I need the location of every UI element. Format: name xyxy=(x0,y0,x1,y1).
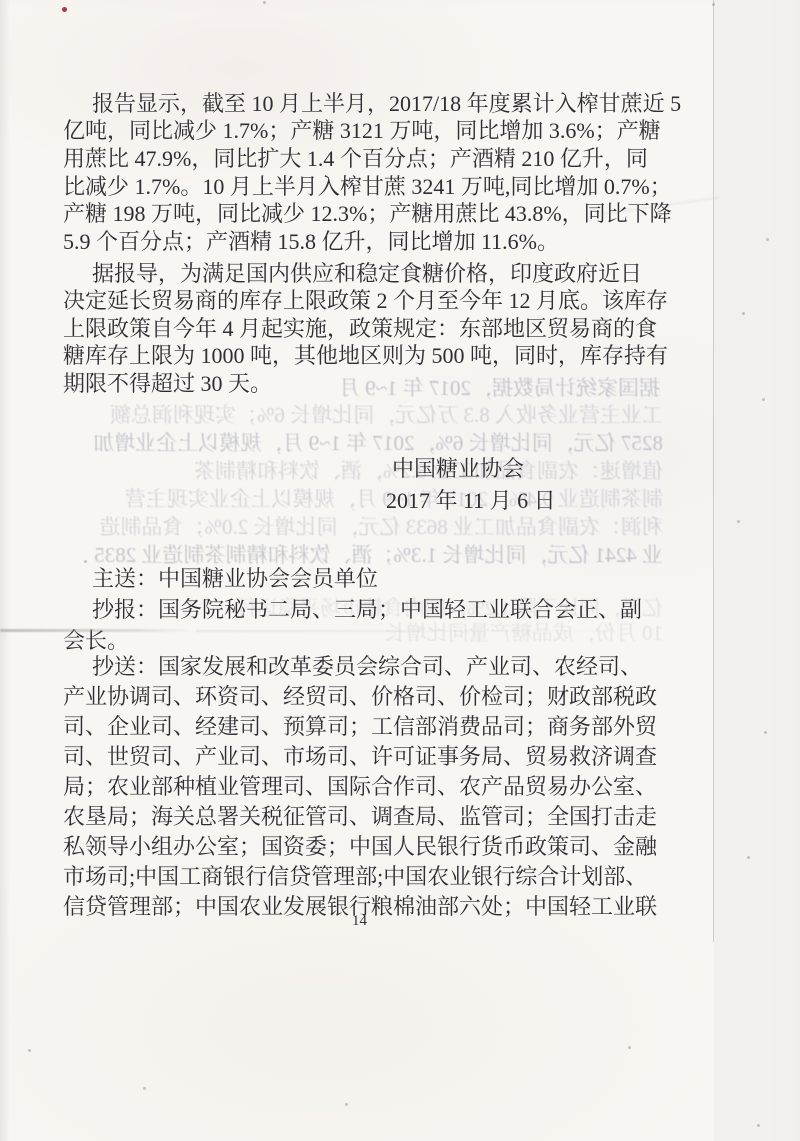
text-line: 比减少 1.7%。10 月上半月入榨甘蔗 3241 万吨,同比增加 0.7%； xyxy=(63,175,672,199)
text-line: 决定延长贸易商的库存上限政策 2 个月至今年 12 月底。该库存 xyxy=(63,289,668,313)
scan-speck xyxy=(757,1124,760,1127)
text-line: 抄报：国务院秘书二局、三局；中国轻工业联合会正、副 xyxy=(92,598,642,622)
text-line: 市场司;中国工商银行信贷管理部;中国农业银行综合计划部、 xyxy=(63,865,647,889)
text-line: 主送：中国糖业协会会员单位 xyxy=(92,567,378,591)
text-line: 期限不得超过 30 天。 xyxy=(63,372,272,396)
page-number: 14 xyxy=(352,913,367,930)
scan-speck xyxy=(762,398,765,401)
text-line: 产糖 198 万吨，同比减少 12.3%；产糖用蔗比 43.8%，同比下降 xyxy=(63,202,672,226)
scan-speck xyxy=(28,1049,31,1052)
scanned-document-page: 据国家统计局数据，2017 年 1~9 月工业主营业务收入 8.3 万亿元，同比… xyxy=(0,0,800,1141)
scan-speck xyxy=(764,731,767,734)
text-line: 司、企业司、经建司、预算司；工信部消费品司；商务部外贸 xyxy=(63,715,657,739)
fold-crease-extension xyxy=(196,630,616,632)
text-line: 上限政策自今年 4 月起实施，政策规定：东部地区贸易商的食 xyxy=(63,317,657,341)
text-line: 产业协调司、环资司、经贸司、价格司、价检司；财政部税政 xyxy=(63,685,657,709)
scan-speck xyxy=(84,560,87,563)
text-line: 5.9 个百分点；产酒精 15.8 亿升，同比增加 11.6%。 xyxy=(63,230,559,254)
scan-speck xyxy=(143,1087,146,1090)
scan-speck xyxy=(345,1103,348,1106)
scan-speck xyxy=(263,1,266,4)
signature-date: 2017 年 11 月 6 日 xyxy=(386,484,556,515)
scan-speck xyxy=(737,520,740,523)
text-line: 报告显示，截至 10 月上半月，2017/18 年度累计入榨甘蔗近 5 xyxy=(92,92,681,116)
document-text-layer: 报告显示，截至 10 月上半月，2017/18 年度累计入榨甘蔗近 5亿吨，同比… xyxy=(0,0,800,1141)
scan-speck xyxy=(766,238,769,241)
text-line: 用蔗比 47.9%，同比扩大 1.4 个百分点；产酒精 210 亿升，同 xyxy=(63,147,648,171)
text-line: 抄送：国家发展和改革委员会综合司、产业司、农经司、 xyxy=(92,655,642,679)
text-line: 糖库存上限为 1000 吨，其他地区则为 500 吨，同时，库存持有 xyxy=(63,344,668,368)
text-line: 私领导小组办公室；国资委；中国人民银行货币政策司、金融 xyxy=(63,835,657,859)
text-line: 亿吨，同比减少 1.7%；产糖 3121 万吨，同比增加 3.6%；产糖 xyxy=(63,119,661,143)
text-line: 司、世贸司、产业司、市场司、许可证事务局、贸易救济调查 xyxy=(63,745,657,769)
text-line: 会长。 xyxy=(63,629,129,653)
scan-speck xyxy=(712,3,715,6)
scan-speck xyxy=(628,1046,631,1049)
text-line: 局；农业部种植业管理司、国际合作司、农产品贸易办公室、 xyxy=(63,775,657,799)
signature-organization: 中国糖业协会 xyxy=(392,452,524,483)
text-line: 据报导，为满足国内供应和稳定食糖价格，印度政府近日 xyxy=(92,262,642,286)
text-line: 农垦局；海关总署关税征管司、调查局、监管司；全国打击走 xyxy=(63,805,657,829)
scan-speck xyxy=(742,312,745,315)
red-ink-dot xyxy=(62,7,67,12)
scan-speck xyxy=(747,856,750,859)
fold-crease xyxy=(0,629,196,632)
